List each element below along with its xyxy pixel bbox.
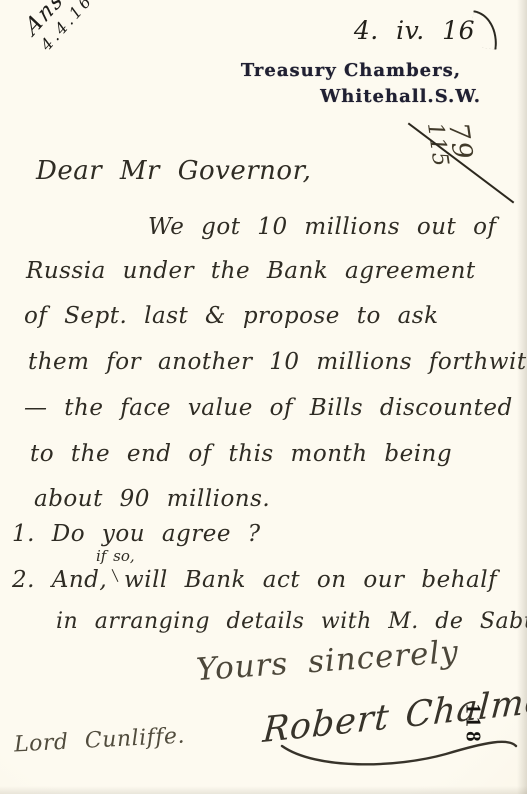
- body-line: We got 10 millions out of: [148, 214, 496, 240]
- body-line: Russia under the Bank agreement: [26, 258, 476, 284]
- scan-edge-shadow: [517, 0, 527, 794]
- page-stamp-number: 118: [461, 703, 486, 745]
- body-line: to the end of this month being: [30, 441, 452, 467]
- date-flourish: [469, 10, 502, 50]
- inserted-words: if so,: [96, 547, 135, 565]
- body-line: — the face value of Bills discounted: [24, 395, 513, 421]
- folio-numbers: 79 115: [423, 118, 475, 169]
- letterhead-line2: Whitehall.S.W.: [320, 86, 481, 107]
- question-1: 1. Do you agree ?: [12, 521, 261, 547]
- closing: Yours sincerely: [195, 634, 460, 688]
- body-line: them for another 10 millions forthwith,: [28, 349, 527, 375]
- body-line: of Sept. last & propose to ask: [24, 303, 439, 329]
- scan-edge-shadow: [0, 786, 527, 794]
- salutation: Dear Mr Governor,: [36, 156, 311, 186]
- body-line: about 90 millions.: [34, 486, 270, 512]
- received-annotation: Ansd 4.4.16: [0, 0, 117, 77]
- page-stamp-wrap: 118: [468, 692, 498, 756]
- question-2-prefix: 2. And,: [12, 567, 107, 593]
- question-2-line2: in arranging details with M. de Sabura ?: [56, 609, 527, 634]
- letter-page: Ansd 4.4.16 4. iv. 16 Treasury Chambers,…: [0, 0, 527, 794]
- addressee: Lord Cunliffe.: [13, 724, 185, 758]
- letterhead-line1: Treasury Chambers,: [241, 60, 461, 81]
- question-2: 2. And, if so, will Bank act on our beha…: [12, 567, 497, 593]
- question-2-rest: will Bank act on our behalf: [124, 567, 497, 593]
- letter-date: 4. iv. 16: [354, 16, 475, 45]
- caret-mark: [112, 569, 119, 582]
- folio-number-crossed-out: 79 115: [401, 118, 513, 214]
